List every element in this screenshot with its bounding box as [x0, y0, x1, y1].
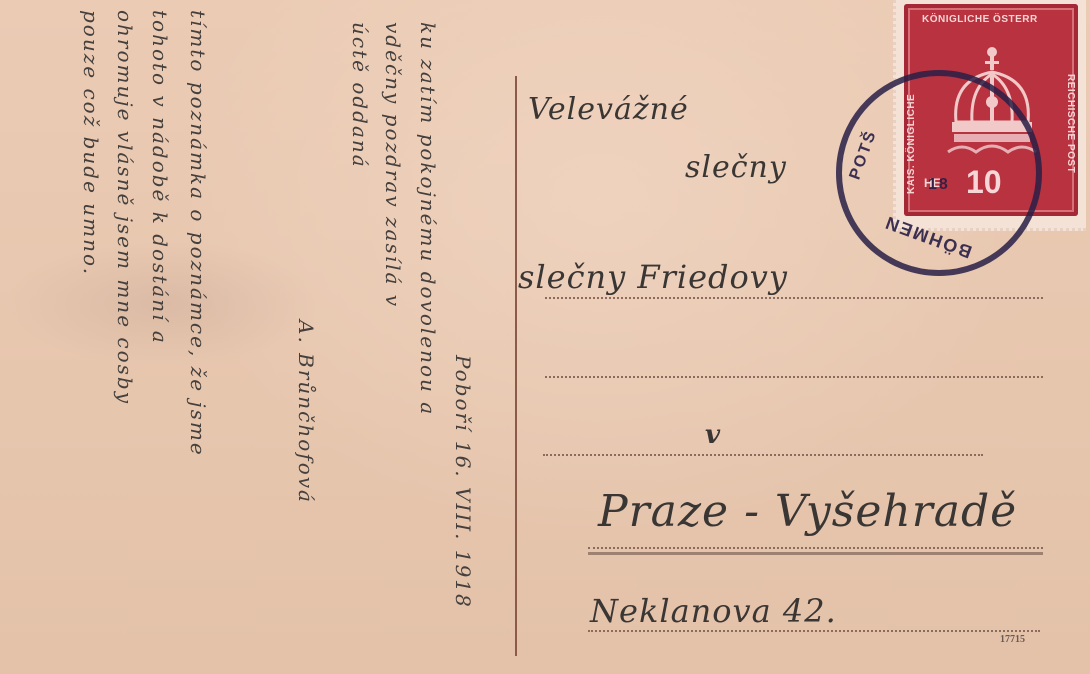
message-left-line-2: tohoto v nádobě k dostání a [148, 10, 172, 345]
street: Neklanova 42. [590, 592, 837, 630]
message-line-1: ku zatím pokojnému dovolenou a [416, 22, 440, 416]
city: Praze - Vyšehradě [598, 486, 1017, 537]
address-line-3 [543, 454, 983, 456]
signature: A. Brůnčhofová [294, 320, 318, 504]
postmark-left-text: POTŠ [847, 128, 882, 183]
address-line-4 [588, 547, 1043, 549]
address-line-5 [588, 630, 1040, 632]
address-line-2 [545, 376, 1043, 378]
postmark-date: 18 [928, 176, 950, 194]
message-line-3: úctě oddaná [348, 22, 372, 169]
recipient-name: slečny Friedovy [518, 258, 788, 296]
postcard: ku zatím pokojnému dovolenou a vděčny po… [0, 0, 1090, 674]
message-left-line-4: pouze což bude umno. [79, 10, 103, 276]
postmark-town-text: BÖHMEN [881, 211, 975, 262]
city-underline [588, 552, 1043, 555]
title-line: slečny [685, 150, 787, 185]
place-date: Poboří 16. VIII. 1918 [451, 355, 475, 609]
preposition: v [705, 420, 721, 450]
stamp-top-text: KÖNIGLICHE ÖSTERR [922, 14, 1038, 25]
address-line-1 [545, 297, 1043, 299]
print-number: 17715 [1000, 634, 1025, 645]
message-left-line-3: ohromuje vlásně jsem mne cosby [113, 10, 137, 405]
postmark: BÖHMEN POTŠ 18 [836, 70, 1042, 276]
card-divider [515, 76, 517, 656]
salutation: Velevážné [528, 92, 689, 127]
message-left-line-1: tímto poznámka o poznámce, že jsme [186, 10, 210, 457]
stamp-right-text: REICHISCHE POST [1065, 74, 1076, 173]
message-line-2: vděčny pozdrav zasílá v [381, 22, 405, 308]
